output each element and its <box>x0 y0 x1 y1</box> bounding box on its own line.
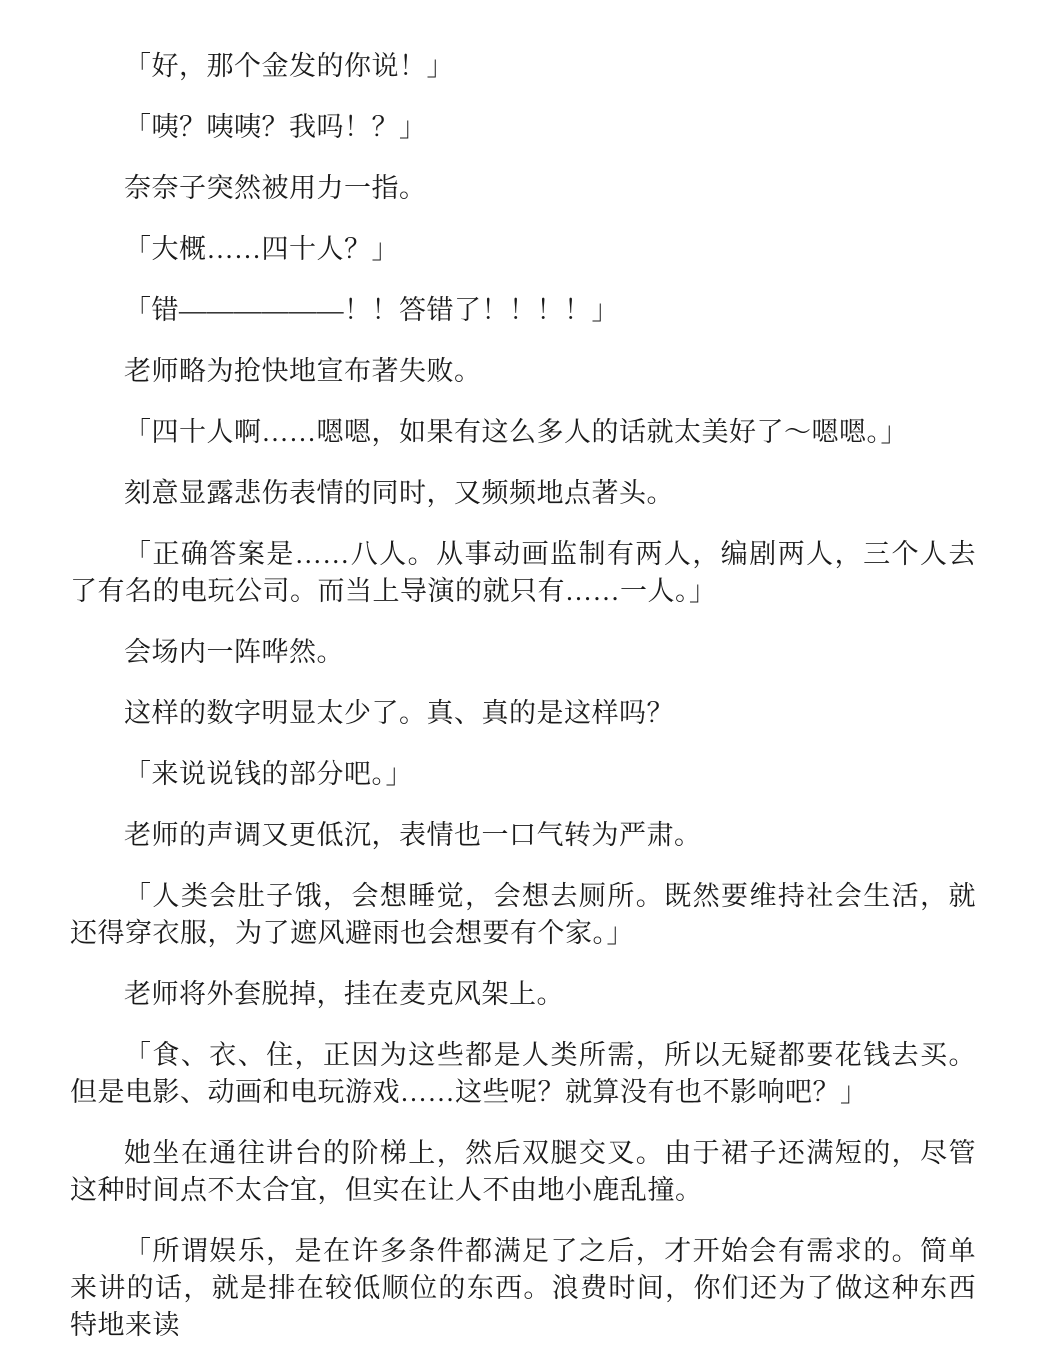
paragraph: 「正确答案是……八人。从事动画监制有两人，编剧两人，三个人去了有名的电玩公司。而… <box>70 536 976 610</box>
paragraph: 老师将外套脱掉，挂在麦克风架上。 <box>70 976 976 1013</box>
paragraph: 「人类会肚子饿，会想睡觉，会想去厕所。既然要维持社会生活，就还得穿衣服，为了遮风… <box>70 878 976 952</box>
paragraph: 会场内一阵哗然。 <box>70 634 976 671</box>
paragraph: 「食、衣、住，正因为这些都是人类所需，所以无疑都要花钱去买。但是电影、动画和电玩… <box>70 1037 976 1111</box>
paragraph: 刻意显露悲伤表情的同时，又频频地点著头。 <box>70 475 976 512</box>
paragraph: 「好，那个金发的你说！」 <box>70 48 976 85</box>
paragraph: 「来说说钱的部分吧。」 <box>70 756 976 793</box>
reader-page[interactable]: 「好，那个金发的你说！」 「咦？咦咦？我吗！？」 奈奈子突然被用力一指。 「大概… <box>0 0 1046 1354</box>
paragraph: 「大概……四十人？」 <box>70 231 976 268</box>
paragraph: 「四十人啊……嗯嗯，如果有这么多人的话就太美好了～嗯嗯。」 <box>70 414 976 451</box>
paragraph: 「咦？咦咦？我吗！？」 <box>70 109 976 146</box>
paragraph: 奈奈子突然被用力一指。 <box>70 170 976 207</box>
paragraph: 她坐在通往讲台的阶梯上，然后双腿交叉。由于裙子还满短的，尽管这种时间点不太合宜，… <box>70 1135 976 1209</box>
paragraph: 「错——————！！答错了！！！！」 <box>70 292 976 329</box>
paragraph: 老师略为抢快地宣布著失败。 <box>70 353 976 390</box>
paragraph: 老师的声调又更低沉，表情也一口气转为严肃。 <box>70 817 976 854</box>
paragraph: 「所谓娱乐，是在许多条件都满足了之后，才开始会有需求的。简单来讲的话，就是排在较… <box>70 1233 976 1344</box>
paragraph: 这样的数字明显太少了。真、真的是这样吗？ <box>70 695 976 732</box>
